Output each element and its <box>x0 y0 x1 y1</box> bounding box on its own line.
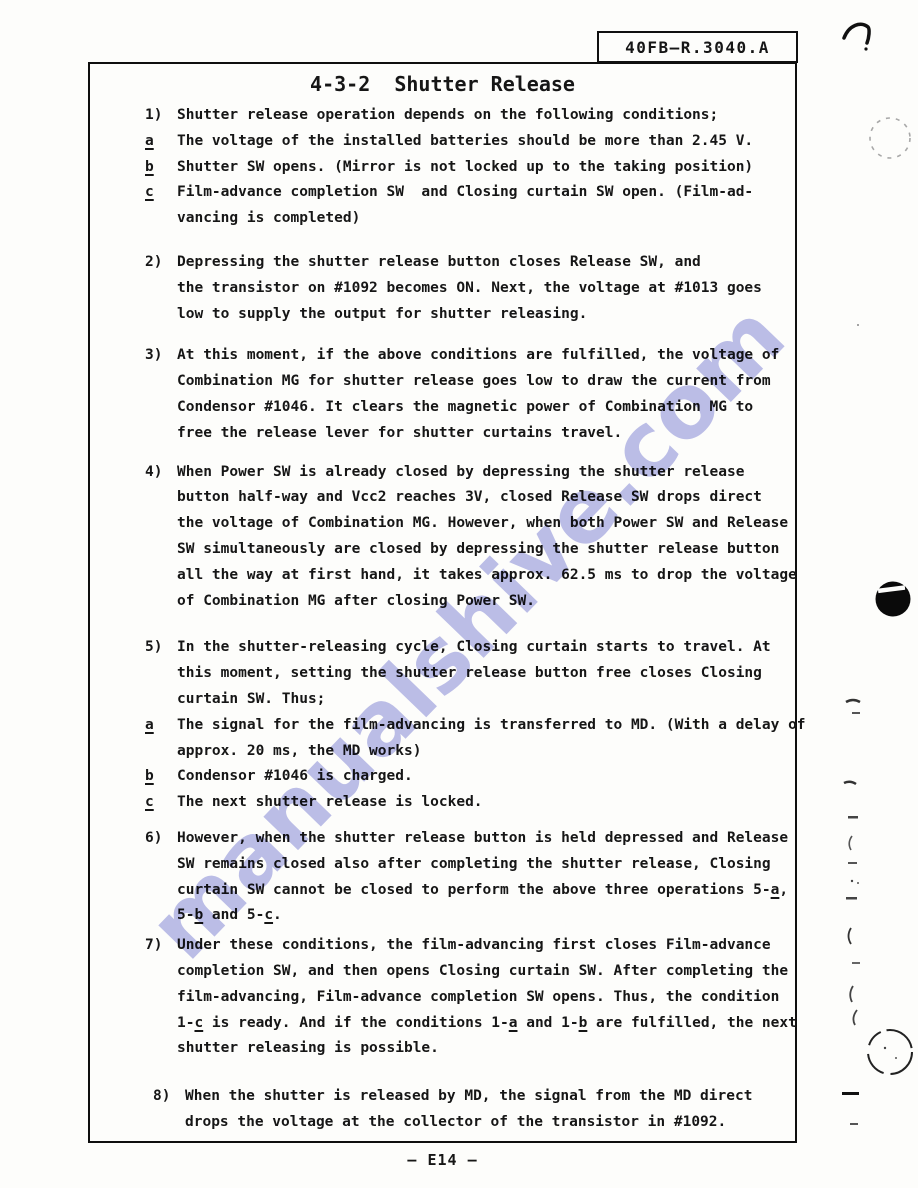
text-line: of Combination MG after closing Power SW… <box>177 589 797 615</box>
text-line: curtain SW. Thus; <box>177 687 771 713</box>
scan-artifacts <box>830 0 918 1188</box>
text-line: However, when the shutter release button… <box>177 826 788 852</box>
text-line: When Power SW is already closed by depre… <box>177 460 797 486</box>
text-line: all the way at first hand, it takes appr… <box>177 563 797 589</box>
list-item-1a: a The voltage of the installed batteries… <box>145 129 795 155</box>
list-item-1: 1) Shutter release operation depends on … <box>145 103 795 129</box>
text-line: button half-way and Vcc2 reaches 3V, clo… <box>177 485 797 511</box>
text-line: Shutter SW opens. (Mirror is not locked … <box>177 155 753 181</box>
text-line: the transistor on #1092 becomes ON. Next… <box>177 276 762 302</box>
text-line: At this moment, if the above conditions … <box>177 343 779 369</box>
text-line: free the release lever for shutter curta… <box>177 421 779 447</box>
doc-code: 40FB—R.3040.A <box>625 38 770 57</box>
text-line: Condensor #1046. It clears the magnetic … <box>177 395 779 421</box>
text-line: 5-b and 5-c. <box>177 903 788 929</box>
list-item-5b: b Condensor #1046 is charged. <box>145 764 795 790</box>
list-item-1b: b Shutter SW opens. (Mirror is not locke… <box>145 155 795 181</box>
list-item-5: 5) In the shutter-releasing cycle, Closi… <box>145 635 795 712</box>
text-line: When the shutter is released by MD, the … <box>185 1084 752 1110</box>
text-line: SW simultaneously are closed by depressi… <box>177 537 797 563</box>
list-item-8: 8) When the shutter is released by MD, t… <box>153 1084 795 1136</box>
text-line: The voltage of the installed batteries s… <box>177 129 753 155</box>
text-line: In the shutter-releasing cycle, Closing … <box>177 635 771 661</box>
content-box: 4-3-2 Shutter Release 1) Shutter release… <box>88 62 797 1143</box>
text-line: Condensor #1046 is charged. <box>177 764 413 790</box>
list-item-1c: c Film-advance completion SW and Closing… <box>145 180 795 232</box>
text-line: vancing is completed) <box>177 206 753 232</box>
text-line: the voltage of Combination MG. However, … <box>177 511 797 537</box>
text-line: low to supply the output for shutter rel… <box>177 302 762 328</box>
text-line: The next shutter release is locked. <box>177 790 483 816</box>
text-line: completion SW, and then opens Closing cu… <box>177 959 797 985</box>
text-line: drops the voltage at the collector of th… <box>185 1110 752 1136</box>
text-line: Shutter release operation depends on the… <box>177 103 718 129</box>
text-line: 1-c is ready. And if the conditions 1-a … <box>177 1011 797 1037</box>
list-item-5c: c The next shutter release is locked. <box>145 790 795 816</box>
text-line: SW remains closed also after completing … <box>177 852 788 878</box>
text-line: Depressing the shutter release button cl… <box>177 250 762 276</box>
text-line: Film-advance completion SW and Closing c… <box>177 180 753 206</box>
list-item-7: 7) Under these conditions, the film-adva… <box>145 933 795 1062</box>
document-page: { "page": { "doc_code": "40FB—R.3040.A",… <box>0 0 918 1188</box>
page-number: — E14 — <box>88 1151 797 1169</box>
doc-code-box: 40FB—R.3040.A <box>597 31 798 63</box>
text-line: curtain SW cannot be closed to perform t… <box>177 878 788 904</box>
ink-hook-mark <box>844 24 869 43</box>
text-line: shutter releasing is possible. <box>177 1036 797 1062</box>
punch-hole-outline <box>870 118 910 158</box>
ink-circle-outline <box>868 1030 912 1074</box>
text-line: The signal for the film-advancing is tra… <box>177 713 806 739</box>
list-item-2: 2) Depressing the shutter release button… <box>145 250 795 327</box>
text-line: approx. 20 ms, the MD works) <box>177 739 806 765</box>
text-line: Under these conditions, the film-advanci… <box>177 933 797 959</box>
list-item-4: 4) When Power SW is already closed by de… <box>145 460 795 615</box>
list-item-5a: a The signal for the film-advancing is t… <box>145 713 795 765</box>
text-line: this moment, setting the shutter release… <box>177 661 771 687</box>
list-item-3: 3) At this moment, if the above conditio… <box>145 343 795 446</box>
list-item-6: 6) However, when the shutter release but… <box>145 826 795 929</box>
section-title: 4-3-2 Shutter Release <box>90 71 795 98</box>
text-line: film-advancing, Film-advance completion … <box>177 985 797 1011</box>
text-line: Combination MG for shutter release goes … <box>177 369 779 395</box>
